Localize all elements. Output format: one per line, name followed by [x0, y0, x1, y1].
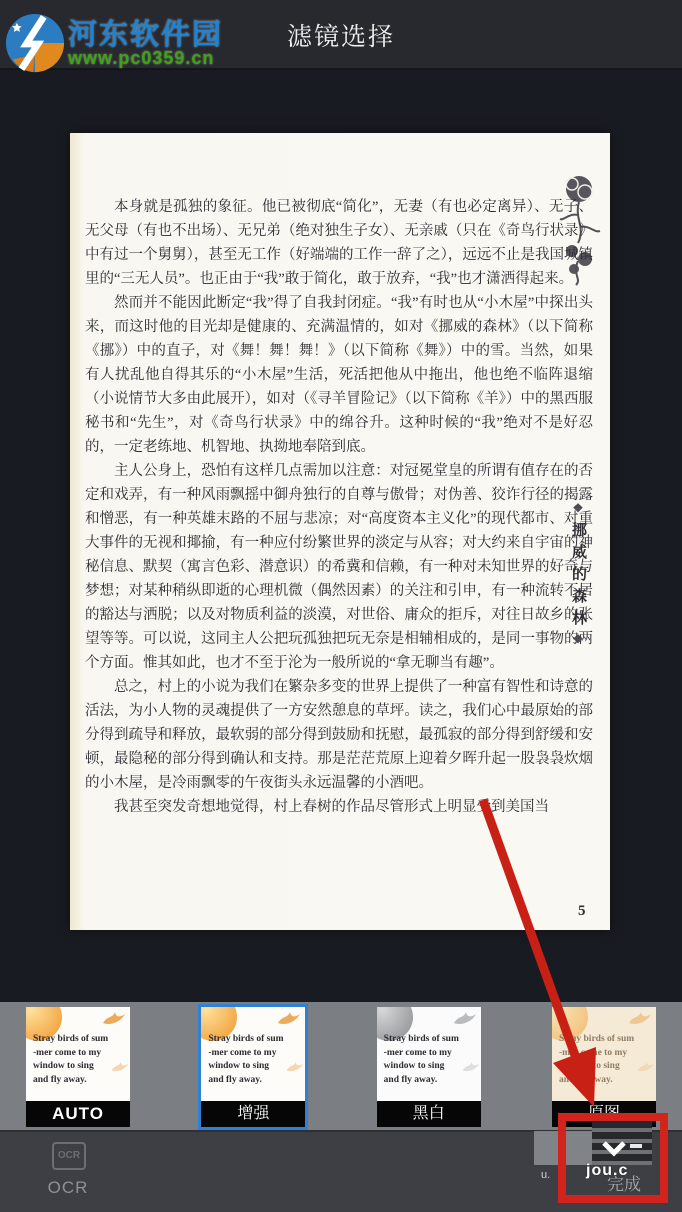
watermark-fragment: u.: [541, 1169, 550, 1181]
filter-label: 增强: [201, 1101, 305, 1127]
site-watermark: 河东软件园 www.pc0359.cn: [2, 4, 232, 76]
document-paragraph: 我甚至突发奇想地觉得，村上春树的作品尽管形式上明显受到美国当: [85, 795, 593, 819]
page-number: 5: [578, 903, 586, 920]
sample-text: Stray birds of sum -mer come to my windo…: [384, 1033, 476, 1087]
filter-preview: Stray birds of sum -mer come to my windo…: [201, 1007, 305, 1101]
ornament-icon: ❖: [571, 501, 585, 522]
bird-icon: [102, 1011, 126, 1026]
site-logo-icon: [4, 12, 66, 74]
document-paragraph: 本身就是孤独的象征。他已被彻底“简化”，无妻（有也必定离异）、无子、无父母（有也…: [85, 195, 593, 291]
scanned-page-preview: 本身就是孤独的象征。他已被彻底“简化”，无妻（有也必定离异）、无子、无父母（有也…: [70, 133, 610, 930]
filter-thumbnail-blackwhite[interactable]: Stray birds of sum -mer come to my windo…: [377, 1007, 481, 1127]
chevron-down-icon: [602, 1141, 626, 1157]
filter-thumbnail-original[interactable]: Stray birds of sum -mer come to my windo…: [552, 1007, 656, 1127]
watermark-fragment: jou.c: [586, 1162, 628, 1180]
filter-strip: Stray birds of sum -mer come to my windo…: [0, 1002, 682, 1130]
filter-thumbnail-auto[interactable]: Stray birds of sum -mer come to my windo…: [26, 1007, 130, 1127]
bird-icon: [453, 1011, 477, 1026]
book-side-title: ❖挪威的森林❖: [568, 501, 588, 653]
glitch-artifact: [630, 1144, 642, 1148]
sample-text: Stray birds of sum -mer come to my windo…: [559, 1033, 651, 1087]
filter-preview: Stray birds of sum -mer come to my windo…: [552, 1007, 656, 1101]
sample-text: Stray birds of sum -mer come to my windo…: [208, 1033, 300, 1087]
site-name: 河东软件园: [68, 12, 223, 53]
bird-icon: [628, 1011, 652, 1026]
ocr-button-label: OCR: [30, 1178, 106, 1198]
sample-text: Stray birds of sum -mer come to my windo…: [33, 1033, 125, 1087]
ocr-icon: OCR: [52, 1142, 86, 1170]
filter-preview: Stray birds of sum -mer come to my windo…: [26, 1007, 130, 1101]
site-url: www.pc0359.cn: [68, 48, 214, 69]
filter-label: AUTO: [26, 1101, 130, 1127]
document-paragraph: 总之，村上的小说为我们在繁杂多变的世界上提供了一种富有智性和诗意的活法，为小人物…: [85, 675, 593, 795]
document-paragraph: 然而并不能因此断定“我”得了自我封闭症。“我”有时也从“小木屋”中探出头来，而这…: [85, 291, 593, 459]
filter-preview: Stray birds of sum -mer come to my windo…: [377, 1007, 481, 1101]
ocr-button[interactable]: OCR OCR: [30, 1136, 110, 1210]
filter-selection-screen: 滤镜选择 河东软件园 www.pc0359.cn: [0, 0, 682, 1212]
filter-thumbnail-enhance[interactable]: Stray birds of sum -mer come to my windo…: [201, 1007, 305, 1127]
filter-label: 黑白: [377, 1101, 481, 1127]
ornament-icon: ❖: [571, 632, 585, 653]
page-body-text: 本身就是孤独的象征。他已被彻底“简化”，无妻（有也必定离异）、无子、无父母（有也…: [85, 195, 593, 819]
bird-icon: [277, 1011, 301, 1026]
document-paragraph: 主人公身上，恐怕有这样几点需加以注意：对冠冕堂皇的所谓有值存在的否定和戏弄，有一…: [85, 459, 593, 675]
